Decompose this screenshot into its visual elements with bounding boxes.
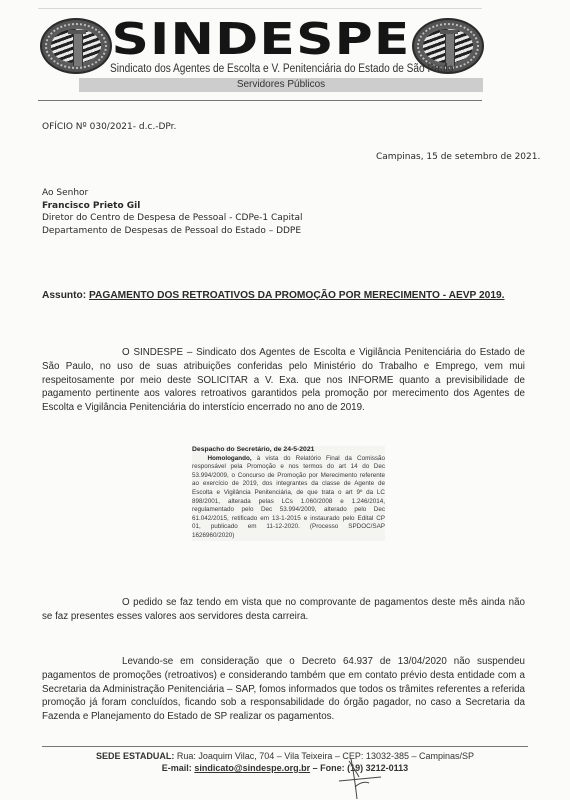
letter-date: Campinas, 15 de setembro de 2021. [376, 151, 540, 163]
letter-page: SINDESPE Sindicato dos Agentes de Escolt… [0, 0, 570, 800]
paragraph-reason: O pedido se faz tendo em vista que no co… [42, 596, 525, 624]
band-text: Servidores Públicos [79, 78, 483, 92]
subject-line: Assunto: PAGAMENTO DOS RETROATIVOS DA PR… [42, 290, 504, 301]
letterhead-divider [38, 100, 482, 101]
recipient-salutation: Ao Senhor [42, 187, 303, 200]
gazette-clipping: Despacho do Secretário, de 24-5-2021 Hom… [192, 446, 385, 541]
subject-label: Assunto: [42, 290, 86, 301]
brand-logo-text: SINDESPE [90, 16, 432, 64]
union-full-name: Sindicato dos Agentes de Escolta e V. Pe… [110, 63, 418, 75]
recipient-department: Departamento de Despesas de Pessoal do E… [42, 225, 303, 238]
recipient-title: Diretor do Centro de Despesa de Pessoal … [42, 212, 303, 225]
letter-reference: OFÍCIO Nº 030/2021- d.c.-DPr. [42, 121, 176, 133]
recipient-block: Ao Senhor Francisco Prieto Gil Diretor d… [42, 187, 303, 237]
paragraph-text: O SINDESPE – Sindicato dos Agentes de Es… [42, 347, 525, 413]
letterhead-band: Servidores Públicos [79, 78, 483, 92]
footer-contact: E-mail: sindicato@sindespe.org.br – Fone… [42, 763, 528, 773]
footer-hq-address: Rua: Joaquim Vilac, 704 – Vila Teixeira … [174, 751, 474, 761]
paragraph-context: Levando-se em consideração que o Decreto… [42, 655, 525, 724]
clipping-body: Homologando, à vista do Relatório Final … [192, 455, 385, 541]
footer-divider [42, 746, 528, 747]
clipping-title: Despacho do Secretário, de 24-5-2021 [192, 446, 385, 455]
paragraph-request: O SINDESPE – Sindicato dos Agentes de Es… [42, 346, 525, 415]
recipient-name: Francisco Prieto Gil [42, 200, 303, 213]
footer-address: SEDE ESTADUAL: Rua: Joaquim Vilac, 704 –… [42, 751, 528, 761]
footer-hq-label: SEDE ESTADUAL: [96, 751, 174, 761]
subject-value: PAGAMENTO DOS RETROATIVOS DA PROMOÇÃO PO… [89, 290, 504, 301]
paragraph-text: O pedido se faz tendo em vista que no co… [42, 597, 525, 622]
letterhead-top-line [38, 8, 482, 9]
signature-mark-icon [335, 757, 385, 800]
letterhead: SINDESPE Sindicato dos Agentes de Escolt… [38, 8, 482, 98]
clipping-text: à vista do Relatório Final da Comissão r… [192, 455, 385, 539]
clipping-lead: Homologando, [208, 455, 252, 462]
footer-email-label: E-mail: [162, 763, 195, 773]
paragraph-text: Levando-se em consideração que o Decreto… [42, 656, 525, 722]
footer-email-link[interactable]: sindicato@sindespe.org.br [194, 763, 310, 773]
